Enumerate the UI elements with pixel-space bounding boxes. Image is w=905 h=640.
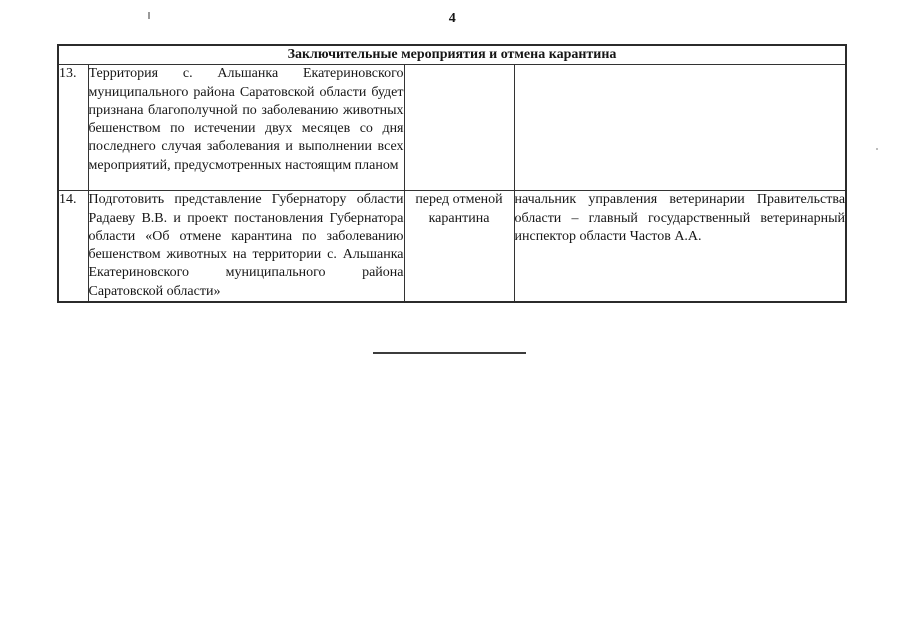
table-section-header: Заключительные мероприятия и отмена кара… [58,45,846,65]
activity-cell: Территория с. Альшанка Екатериновского м… [88,65,404,191]
table-row: 14. Подготовить представление Губернатор… [58,191,846,302]
term-cell [404,65,514,191]
scan-speck [876,148,878,150]
term-cell: перед отменой карантина [404,191,514,302]
table-row: 13. Территория с. Альшанка Екатериновско… [58,65,846,191]
activity-cell: Подготовить представление Губернатору об… [88,191,404,302]
end-of-document-rule [373,352,526,354]
page-number: 4 [0,11,905,27]
scan-speck [148,12,150,19]
responsible-cell [514,65,846,191]
row-number-cell: 13. [58,65,88,191]
row-number-cell: 14. [58,191,88,302]
responsible-cell: начальник управления ветеринарии Правите… [514,191,846,302]
quarantine-plan-table: Заключительные мероприятия и отмена кара… [57,44,847,303]
table-section-header-row: Заключительные мероприятия и отмена кара… [58,45,846,65]
document-page: 4 Заключительные мероприятия и отмена ка… [0,0,905,640]
